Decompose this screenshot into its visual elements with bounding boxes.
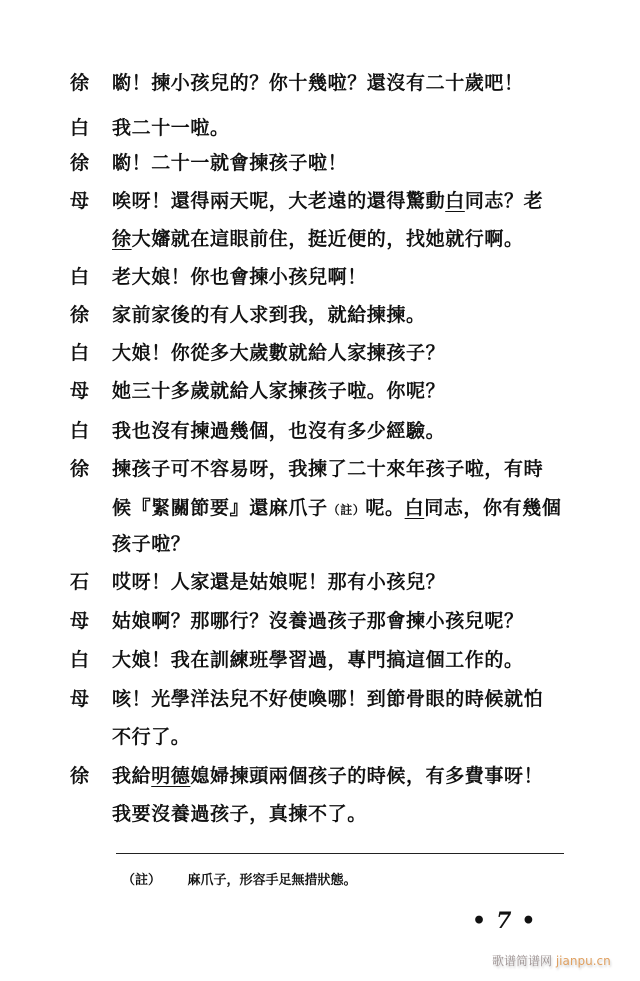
dialogue-text: 哎呀！人家還是姑娘呢！那有小孩兒？ — [112, 567, 445, 594]
dialogue-line: 白 大娘！你從多大歲數就給人家揀孩子？ — [70, 336, 445, 366]
dialogue-text: 她三十多歲就給人家揀孩子啦。你呢？ — [112, 376, 445, 403]
footnote-text: 麻爪子，形容手足無措狀態。 — [188, 873, 357, 888]
dialogue-text: 我也沒有揀過幾個，也沒有多少經驗。 — [112, 416, 445, 443]
underlined-name: 明德 — [151, 765, 190, 787]
watermark-domain: jianpu.cn — [556, 954, 611, 968]
dialogue-text: 姑娘啊？那哪行？沒養過孩子那會揀小孩兒呢？ — [112, 606, 524, 633]
watermark-site-name: 歌谱简谱网 — [492, 954, 552, 968]
footnote: （註） 麻爪子，形容手足無措狀態。 — [122, 869, 357, 888]
dialogue-continuation: 不行了。 — [112, 720, 190, 750]
speaker-label: 母 — [70, 606, 112, 633]
dialogue-line: 白 我二十一啦。 — [70, 111, 230, 141]
dialogue-text: 家前家後的有人求到我，就給揀揀。 — [112, 300, 426, 327]
dialogue-line: 徐 喲！揀小孩兒的？你十幾啦？還沒有二十歲吧！ — [70, 66, 524, 96]
bullet-icon: • — [472, 908, 496, 934]
bullet-icon: • — [521, 908, 545, 934]
speaker-label: 白 — [70, 262, 112, 289]
dialogue-text: 徐大嬸就在這眼前住，挺近便的，找她就行啊。 — [112, 224, 524, 251]
speaker-label: 母 — [70, 186, 112, 213]
underlined-name: 徐 — [112, 228, 132, 250]
speaker-label: 母 — [70, 684, 112, 711]
dialogue-text: 我給明德媳婦揀頭兩個孩子的時候，有多費事呀！ — [112, 761, 543, 788]
dialogue-continuation: 孩子啦？ — [112, 527, 190, 557]
dialogue-text: 我二十一啦。 — [112, 113, 230, 140]
dialogue-text: 候『緊關節要』還麻爪子（註）呢。白同志，你有幾個 — [112, 493, 561, 520]
speaker-label: 白 — [70, 645, 112, 672]
dialogue-text: 我要沒養過孩子，真揀不了。 — [112, 799, 367, 826]
dialogue-text: 揀孩子可不容易呀，我揀了二十來年孩子啦，有時 — [112, 454, 543, 481]
dialogue-line: 石 哎呀！人家還是姑娘呢！那有小孩兒？ — [70, 565, 445, 595]
dialogue-line: 母 咳！光學洋法兒不好使喚哪！到節骨眼的時候就怕 — [70, 682, 543, 712]
speaker-label: 徐 — [70, 300, 112, 327]
speaker-label: 徐 — [70, 68, 112, 95]
dialogue-line: 徐 家前家後的有人求到我，就給揀揀。 — [70, 298, 426, 328]
speaker-label: 徐 — [70, 761, 112, 788]
speaker-label: 白 — [70, 416, 112, 443]
dialogue-line: 徐 揀孩子可不容易呀，我揀了二十來年孩子啦，有時 — [70, 452, 543, 482]
dialogue-text: 大娘！我在訓練班學習過，專門搞這個工作的。 — [112, 645, 524, 672]
speaker-label: 徐 — [70, 148, 112, 175]
dialogue-continuation: 徐大嬸就在這眼前住，挺近便的，找她就行啊。 — [112, 222, 524, 252]
dialogue-line: 母 唉呀！還得兩天呢，大老遠的還得驚動白同志？老 — [70, 184, 543, 214]
scanned-book-page: 徐 喲！揀小孩兒的？你十幾啦？還沒有二十歲吧！ 白 我二十一啦。 徐 喲！二十一… — [0, 0, 640, 981]
dialogue-line: 白 我也沒有揀過幾個，也沒有多少經驗。 — [70, 414, 445, 444]
dialogue-text: 大娘！你從多大歲數就給人家揀孩子？ — [112, 338, 445, 365]
speaker-label: 徐 — [70, 454, 112, 481]
footnote-marker: （註） — [328, 503, 366, 517]
dialogue-text: 咳！光學洋法兒不好使喚哪！到節骨眼的時候就怕 — [112, 684, 543, 711]
watermark: 歌谱简谱网 jianpu.cn — [492, 952, 611, 969]
dialogue-line: 母 姑娘啊？那哪行？沒養過孩子那會揀小孩兒呢？ — [70, 604, 524, 634]
dialogue-text: 孩子啦？ — [112, 529, 190, 556]
underlined-name: 白 — [445, 190, 465, 212]
speaker-label: 母 — [70, 376, 112, 403]
dialogue-text: 不行了。 — [112, 722, 190, 749]
dialogue-line: 母 她三十多歲就給人家揀孩子啦。你呢？ — [70, 374, 445, 404]
dialogue-text: 老大娘！你也會揀小孩兒啊！ — [112, 262, 367, 289]
dialogue-continuation: 我要沒養過孩子，真揀不了。 — [112, 797, 367, 827]
dialogue-line: 白 大娘！我在訓練班學習過，專門搞這個工作的。 — [70, 643, 524, 673]
speaker-label: 石 — [70, 567, 112, 594]
speaker-label: 白 — [70, 338, 112, 365]
dialogue-text: 喲！揀小孩兒的？你十幾啦？還沒有二十歲吧！ — [112, 68, 524, 95]
footnote-tag: （註） — [122, 873, 161, 888]
dialogue-line: 徐 我給明德媳婦揀頭兩個孩子的時候，有多費事呀！ — [70, 759, 543, 789]
dialogue-text: 喲！二十一就會揀孩子啦！ — [112, 148, 347, 175]
underlined-name: 白 — [405, 497, 425, 519]
dialogue-line: 徐 喲！二十一就會揀孩子啦！ — [70, 146, 347, 176]
dialogue-text: 唉呀！還得兩天呢，大老遠的還得驚動白同志？老 — [112, 186, 543, 213]
footnote-divider — [116, 853, 564, 854]
dialogue-continuation: 候『緊關節要』還麻爪子（註）呢。白同志，你有幾個 — [112, 491, 561, 521]
dialogue-line: 白 老大娘！你也會揀小孩兒啊！ — [70, 260, 367, 290]
speaker-label: 白 — [70, 113, 112, 140]
page-number: •7• — [472, 908, 545, 934]
